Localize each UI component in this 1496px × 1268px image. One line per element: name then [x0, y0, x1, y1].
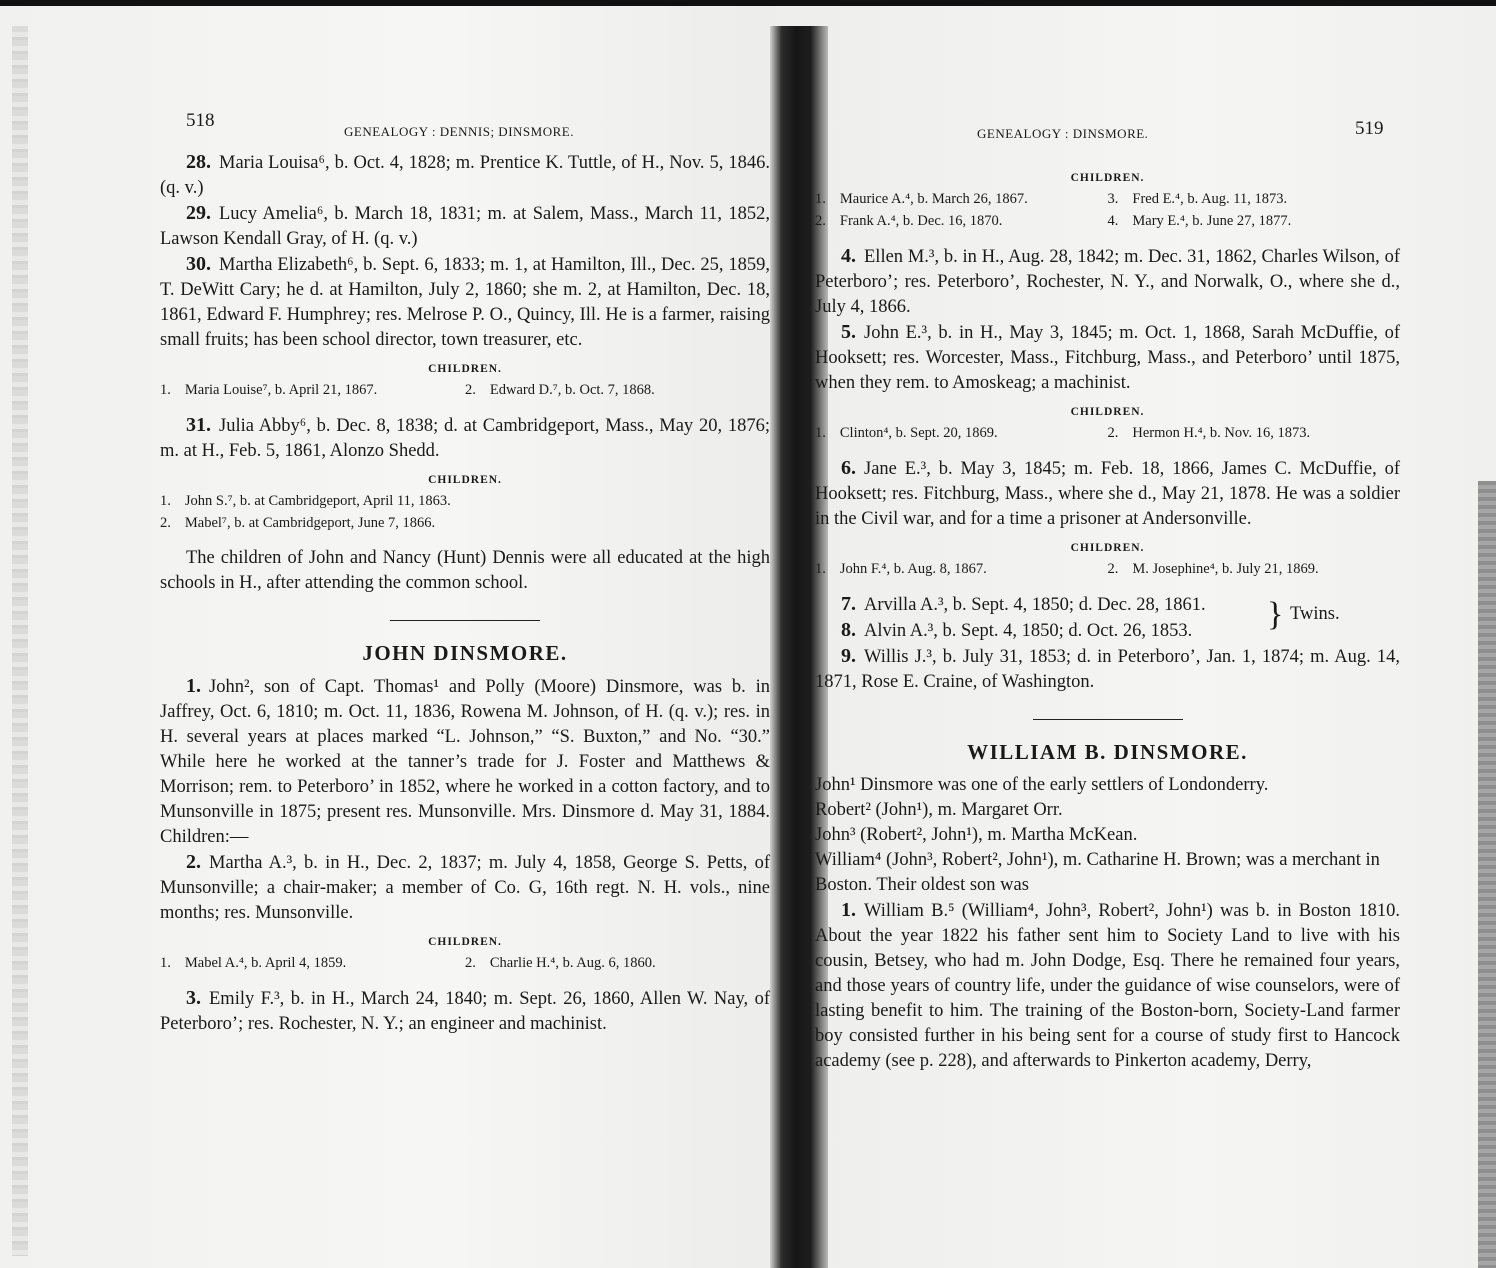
child-item: 2.Hermon H.⁴, b. Nov. 16, 1873.	[1108, 422, 1401, 444]
children-list: 1.Maria Louise⁷, b. April 21, 1867. 2.Ed…	[160, 379, 770, 401]
children-list: 1.Clinton⁴, b. Sept. 20, 1869. 2.Hermon …	[815, 422, 1400, 444]
child-item: 2.Charlie H.⁴, b. Aug. 6, 1860.	[465, 952, 770, 974]
running-header: 518 GENEALOGY : DENNIS; DINSMORE.	[160, 100, 770, 150]
lineage-line: Robert² (John¹), m. Margaret Orr.	[815, 798, 1400, 823]
children-heading: CHILDREN.	[815, 406, 1400, 418]
genealogy-entry: 2.Martha A.³, b. in H., Dec. 2, 1837; m.…	[160, 850, 770, 926]
left-page-edge	[12, 26, 28, 1256]
child-item: 4.Mary E.⁴, b. June 27, 1877.	[1108, 210, 1401, 232]
genealogy-entry: 6.Jane E.³, b. May 3, 1845; m. Feb. 18, …	[815, 456, 1400, 532]
child-item: 2.M. Josephine⁴, b. July 21, 1869.	[1108, 558, 1401, 580]
children-heading: CHILDREN.	[160, 474, 770, 486]
running-head-title: GENEALOGY : DENNIS; DINSMORE.	[344, 124, 574, 140]
lineage-line: John³ (Robert², John¹), m. Martha McKean…	[815, 823, 1400, 848]
lineage-line: William⁴ (John³, Robert², John¹), m. Cat…	[815, 848, 1400, 898]
running-head-title: GENEALOGY : DINSMORE.	[977, 126, 1148, 142]
section-divider	[390, 620, 540, 621]
genealogy-entry: 5.John E.³, b. in H., May 3, 1845; m. Oc…	[815, 320, 1400, 396]
running-header: GENEALOGY : DINSMORE. 519	[815, 100, 1400, 150]
children-heading: CHILDREN.	[160, 363, 770, 375]
twins-label: Twins.	[1290, 604, 1340, 625]
child-item: 1.Maria Louise⁷, b. April 21, 1867.	[160, 379, 465, 401]
left-page: 518 GENEALOGY : DENNIS; DINSMORE. 28.Mar…	[160, 100, 770, 1037]
closing-note: The children of John and Nancy (Hunt) De…	[160, 546, 770, 596]
section-title: WILLIAM B. DINSMORE.	[815, 740, 1400, 765]
children-list: 2.Frank A.⁴, b. Dec. 16, 1870. 4.Mary E.…	[815, 210, 1400, 232]
children-heading: CHILDREN.	[160, 936, 770, 948]
child-item: 1.Clinton⁴, b. Sept. 20, 1869.	[815, 422, 1108, 444]
genealogy-entry: 29.Lucy Amelia⁶, b. March 18, 1831; m. a…	[160, 201, 770, 252]
children-list: 1.John F.⁴, b. Aug. 8, 1867. 2.M. Joseph…	[815, 558, 1400, 580]
child-item: 2.Mabel⁷, b. at Cambridgeport, June 7, 1…	[160, 512, 770, 534]
child-item: 2.Frank A.⁴, b. Dec. 16, 1870.	[815, 210, 1108, 232]
genealogy-entry: 30.Martha Elizabeth⁶, b. Sept. 6, 1833; …	[160, 252, 770, 353]
page-number: 519	[1355, 118, 1384, 140]
children-heading: CHILDREN.	[815, 172, 1400, 184]
brace-icon: }	[1267, 590, 1283, 640]
children-heading: CHILDREN.	[815, 542, 1400, 554]
twins-group: 7.Arvilla A.³, b. Sept. 4, 1850; d. Dec.…	[815, 592, 1400, 644]
section-title: JOHN DINSMORE.	[160, 641, 770, 666]
page-number: 518	[186, 110, 215, 132]
child-item: 3.Fred E.⁴, b. Aug. 11, 1873.	[1108, 188, 1401, 210]
genealogy-entry: 28.Maria Louisa⁶, b. Oct. 4, 1828; m. Pr…	[160, 150, 770, 201]
child-item: 1.Mabel A.⁴, b. April 4, 1859.	[160, 952, 465, 974]
children-list: 1.Mabel A.⁴, b. April 4, 1859. 2.Charlie…	[160, 952, 770, 974]
genealogy-entry: 1.William B.⁵ (William⁴, John³, Robert²,…	[815, 898, 1400, 1074]
child-item: 2.Edward D.⁷, b. Oct. 7, 1868.	[465, 379, 770, 401]
lineage-line: John¹ Dinsmore was one of the early sett…	[815, 773, 1400, 798]
section-divider	[1033, 719, 1183, 720]
child-item: 1.John S.⁷, b. at Cambridgeport, April 1…	[160, 490, 770, 512]
genealogy-entry: 31.Julia Abby⁶, b. Dec. 8, 1838; d. at C…	[160, 413, 770, 464]
genealogy-entry: 4.Ellen M.³, b. in H., Aug. 28, 1842; m.…	[815, 244, 1400, 320]
genealogy-entry: 9.Willis J.³, b. July 31, 1853; d. in Pe…	[815, 644, 1400, 695]
child-item: 1.Maurice A.⁴, b. March 26, 1867.	[815, 188, 1108, 210]
right-page: GENEALOGY : DINSMORE. 519 CHILDREN. 1.Ma…	[815, 100, 1400, 1074]
right-page-edge	[1478, 481, 1496, 1268]
genealogy-entry: 1.John², son of Capt. Thomas¹ and Polly …	[160, 674, 770, 850]
child-item: 1.John F.⁴, b. Aug. 8, 1867.	[815, 558, 1108, 580]
genealogy-entry: 3.Emily F.³, b. in H., March 24, 1840; m…	[160, 986, 770, 1037]
children-list: 1.Maurice A.⁴, b. March 26, 1867. 3.Fred…	[815, 188, 1400, 210]
